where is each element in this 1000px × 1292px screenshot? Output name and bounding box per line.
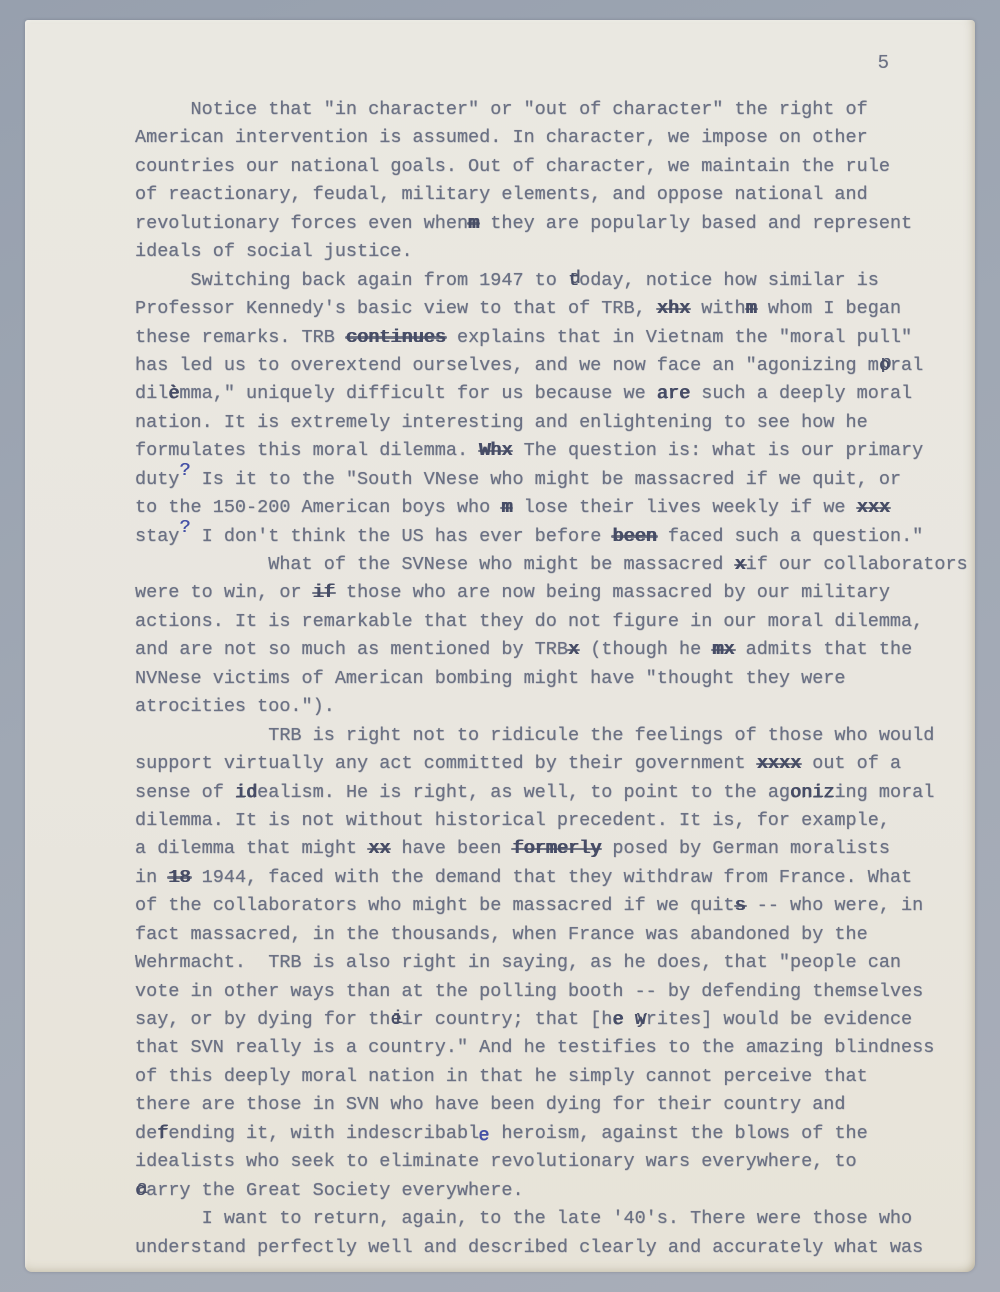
text-line: in 18 1944, faced with the demand that t… <box>135 864 965 892</box>
struck-out-text: continues <box>346 327 446 348</box>
overtype-overlay: a <box>137 1175 148 1203</box>
text-line: vote in other ways than at the polling b… <box>135 978 965 1006</box>
overtyped-text: f <box>157 1123 168 1144</box>
overtyped-text: oniz <box>790 782 834 803</box>
text-segment: those who are now being massacred by our… <box>335 582 890 603</box>
text-segment: Wehrmacht. TRB is also right in saying, … <box>135 952 901 973</box>
text-segment: sense of <box>135 782 235 803</box>
text-segment: de <box>135 1123 157 1144</box>
overtyped-text: e <box>612 1009 623 1030</box>
text-segment: heroism, against the blows of the <box>490 1123 867 1144</box>
paragraph: TRB is right not to ridicule the feeling… <box>135 722 965 1205</box>
text-segment: Switching back again from 1947 to <box>135 270 568 291</box>
text-segment: fact massacred, in the thousands, when F… <box>135 924 868 945</box>
inserted-question-mark: ? <box>179 460 190 481</box>
struck-out-text: m <box>746 298 757 319</box>
text-line: stay? I don't think the US has ever befo… <box>135 523 965 551</box>
text-line: formulates this moral dilemma. Whx The q… <box>135 437 965 465</box>
text-segment: there are those in SVN who have been dyi… <box>135 1094 846 1115</box>
text-segment: TRB is right not to ridicule the feeling… <box>135 725 934 746</box>
text-line: sense of idealism. He is right, as well,… <box>135 779 965 807</box>
text-segment: stay <box>135 526 179 547</box>
text-segment: (though he <box>579 639 712 660</box>
text-line: NVNese victims of American bombing might… <box>135 665 965 693</box>
text-line: say, or by dying for theiir country; tha… <box>135 1006 965 1034</box>
text-line: countries our national goals. Out of cha… <box>135 153 965 181</box>
struck-out-text: xhx <box>657 298 690 319</box>
text-line: idealists who seek to eliminate revoluti… <box>135 1148 965 1176</box>
text-segment: atrocities too."). <box>135 696 335 717</box>
text-segment: ir country; that [h <box>401 1009 612 1030</box>
page-background: { "colors": { "background_top": "#97a0ae… <box>0 0 1000 1292</box>
text-segment: out of a <box>801 753 901 774</box>
text-segment: I don't think the US has ever before <box>191 526 613 547</box>
struck-out-text: m <box>468 213 479 234</box>
text-segment: of this deeply moral nation in that he s… <box>135 1066 868 1087</box>
struck-out-text: m <box>501 497 512 518</box>
struck-out-text: been <box>612 526 656 547</box>
text-segment: oday, notice how similar is <box>579 270 879 291</box>
text-segment: has led us to overextend ourselves, and … <box>135 355 879 376</box>
struck-out-text: Whx <box>479 440 512 461</box>
text-segment: posed by German moralists <box>601 838 890 859</box>
text-line: of this deeply moral nation in that he s… <box>135 1063 965 1091</box>
inserted-question-mark: ? <box>179 517 190 538</box>
text-line: actions. It is remarkable that they do n… <box>135 608 965 636</box>
overtyped-text: are <box>657 383 690 404</box>
text-line: fact massacred, in the thousands, when F… <box>135 921 965 949</box>
document-text: Notice that "in character" or "out of ch… <box>135 96 965 1262</box>
text-line: understand perfectly well and described … <box>135 1234 965 1262</box>
text-segment: of reactionary, feudal, military element… <box>135 184 868 205</box>
struck-out-text: xxx <box>857 497 890 518</box>
text-segment: ending it, with indescribabl <box>168 1123 479 1144</box>
text-line: caarry the Great Society everywhere. <box>135 1177 965 1205</box>
text-segment: and are not so much as mentioned by TRB <box>135 639 568 660</box>
text-line: American intervention is assumed. In cha… <box>135 124 965 152</box>
text-segment: whom I began <box>757 298 901 319</box>
text-segment: support virtually any act committed by t… <box>135 753 757 774</box>
text-line: of reactionary, feudal, military element… <box>135 181 965 209</box>
overtype-overlay: i <box>392 1005 403 1033</box>
text-segment: ealism. He is right, as well, to point t… <box>257 782 790 803</box>
text-line: TRB is right not to ridicule the feeling… <box>135 722 965 750</box>
text-segment: idealists who seek to eliminate revoluti… <box>135 1151 857 1172</box>
text-line: a dilemma that might xx have been former… <box>135 835 965 863</box>
text-line: Notice that "in character" or "out of ch… <box>135 96 965 124</box>
text-line: that SVN really is a country." And he te… <box>135 1034 965 1062</box>
text-line: has led us to overextend ourselves, and … <box>135 352 965 380</box>
text-segment: if our collaborators <box>746 554 968 575</box>
text-segment: ral <box>890 355 923 376</box>
text-line: of the collaborators who might be massac… <box>135 892 965 920</box>
paper-sheet: 5 Notice that "in character" or "out of … <box>25 20 975 1272</box>
text-segment: -- who were, in <box>746 895 924 916</box>
text-segment: a dilemma that might <box>135 838 368 859</box>
text-line: nation. It is extremely interesting and … <box>135 409 965 437</box>
text-segment: such a deeply moral <box>690 383 912 404</box>
struck-out-text: 18 <box>168 867 190 888</box>
paragraph: I want to return, again, to the late '40… <box>135 1205 965 1262</box>
struck-out-text: formerly <box>512 838 601 859</box>
text-segment <box>624 1009 635 1030</box>
text-segment: with <box>690 298 746 319</box>
text-segment: say, or by dying for th <box>135 1009 390 1030</box>
text-segment: were to win, or <box>135 582 313 603</box>
text-segment: Is it to the "South VNese who might be m… <box>191 469 902 490</box>
text-line: support virtually any act committed by t… <box>135 750 965 778</box>
text-segment: understand perfectly well and described … <box>135 1237 923 1258</box>
overtyped-text: è <box>168 383 179 404</box>
text-segment: in <box>135 867 168 888</box>
overtyped-characters: op <box>879 352 890 380</box>
text-line: duty? Is it to the "South VNese who migh… <box>135 466 965 494</box>
text-segment: actions. It is remarkable that they do n… <box>135 611 923 632</box>
struck-out-text: s <box>735 895 746 916</box>
text-line: defending it, with indescribable heroism… <box>135 1120 965 1148</box>
text-segment: American intervention is assumed. In cha… <box>135 127 868 148</box>
text-line: there are those in SVN who have been dyi… <box>135 1091 965 1119</box>
text-segment: What of the SVNese who might be massacre… <box>135 554 735 575</box>
text-segment: ing moral <box>834 782 934 803</box>
text-segment: ideals of social justice. <box>135 241 413 262</box>
overtyped-characters: ei <box>390 1006 401 1034</box>
text-segment: mma," uniquely difficult for us because … <box>179 383 656 404</box>
text-line: these remarks. TRB continues explains th… <box>135 324 965 352</box>
struck-out-text: xxxx <box>757 753 801 774</box>
text-segment: that SVN really is a country." And he te… <box>135 1037 934 1058</box>
text-segment: they are popularly based and represent <box>479 213 912 234</box>
overtype-overlay: p <box>880 350 891 378</box>
text-segment: lose their lives weekly if we <box>512 497 856 518</box>
text-segment: NVNese victims of American bombing might… <box>135 668 846 689</box>
ink-correction: e <box>478 1125 489 1146</box>
text-line: dilèmma," uniquely difficult for us beca… <box>135 380 965 408</box>
text-segment: vote in other ways than at the polling b… <box>135 981 923 1002</box>
paragraph: Switching back again from 1947 to tdoday… <box>135 267 965 551</box>
text-segment: have been <box>390 838 512 859</box>
text-segment: dil <box>135 383 168 404</box>
text-segment: nation. It is extremely interesting and … <box>135 412 868 433</box>
text-segment: explains that in Vietnam the "moral pull… <box>446 327 912 348</box>
struck-out-text: if <box>313 582 335 603</box>
overtyped-characters: ca <box>135 1177 146 1205</box>
text-segment: formulates this moral dilemma. <box>135 440 479 461</box>
text-line: Wehrmacht. TRB is also right in saying, … <box>135 949 965 977</box>
text-line: atrocities too."). <box>135 693 965 721</box>
struck-out-text: x <box>568 639 579 660</box>
text-segment: these remarks. TRB <box>135 327 346 348</box>
overtyped-text: id <box>235 782 257 803</box>
overtype-overlay: y <box>636 1005 647 1033</box>
text-segment: rites] would be evidence <box>646 1009 912 1030</box>
text-line: revolutionary forces even whenm they are… <box>135 210 965 238</box>
text-segment: dilemma. It is not without historical pr… <box>135 810 890 831</box>
text-segment: to the 150-200 American boys who <box>135 497 501 518</box>
text-line: were to win, or if those who are now bei… <box>135 579 965 607</box>
text-line: Professor Kennedy's basic view to that o… <box>135 295 965 323</box>
text-line: and are not so much as mentioned by TRBx… <box>135 636 965 664</box>
overtyped-characters: wy <box>635 1006 646 1034</box>
text-line: dilemma. It is not without historical pr… <box>135 807 965 835</box>
overtyped-characters: td <box>568 267 579 295</box>
page-number: 5 <box>878 52 889 74</box>
text-line: ideals of social justice. <box>135 238 965 266</box>
text-segment: Notice that "in character" or "out of ch… <box>135 99 868 120</box>
text-segment: Professor Kennedy's basic view to that o… <box>135 298 657 319</box>
struck-out-text: mx <box>712 639 734 660</box>
text-segment: revolutionary forces even when <box>135 213 468 234</box>
text-line: I want to return, again, to the late '40… <box>135 1205 965 1233</box>
text-segment: I want to return, again, to the late '40… <box>135 1208 912 1229</box>
struck-out-text: x <box>735 554 746 575</box>
text-line: to the 150-200 American boys who m lose … <box>135 494 965 522</box>
text-segment: 1944, faced with the demand that they wi… <box>191 867 913 888</box>
paragraph: Notice that "in character" or "out of ch… <box>135 96 965 267</box>
text-segment: duty <box>135 469 179 490</box>
text-segment: arry the Great Society everywhere. <box>146 1180 523 1201</box>
struck-out-text: xx <box>368 838 390 859</box>
text-segment: faced such a question." <box>657 526 923 547</box>
text-segment: admits that the <box>735 639 913 660</box>
text-segment: The question is: what is our primary <box>512 440 923 461</box>
text-line: Switching back again from 1947 to tdoday… <box>135 267 965 295</box>
text-segment: countries our national goals. Out of cha… <box>135 156 890 177</box>
overtype-overlay: d <box>569 265 580 293</box>
text-segment: of the collaborators who might be massac… <box>135 895 735 916</box>
text-line: What of the SVNese who might be massacre… <box>135 551 965 579</box>
paragraph: What of the SVNese who might be massacre… <box>135 551 965 722</box>
